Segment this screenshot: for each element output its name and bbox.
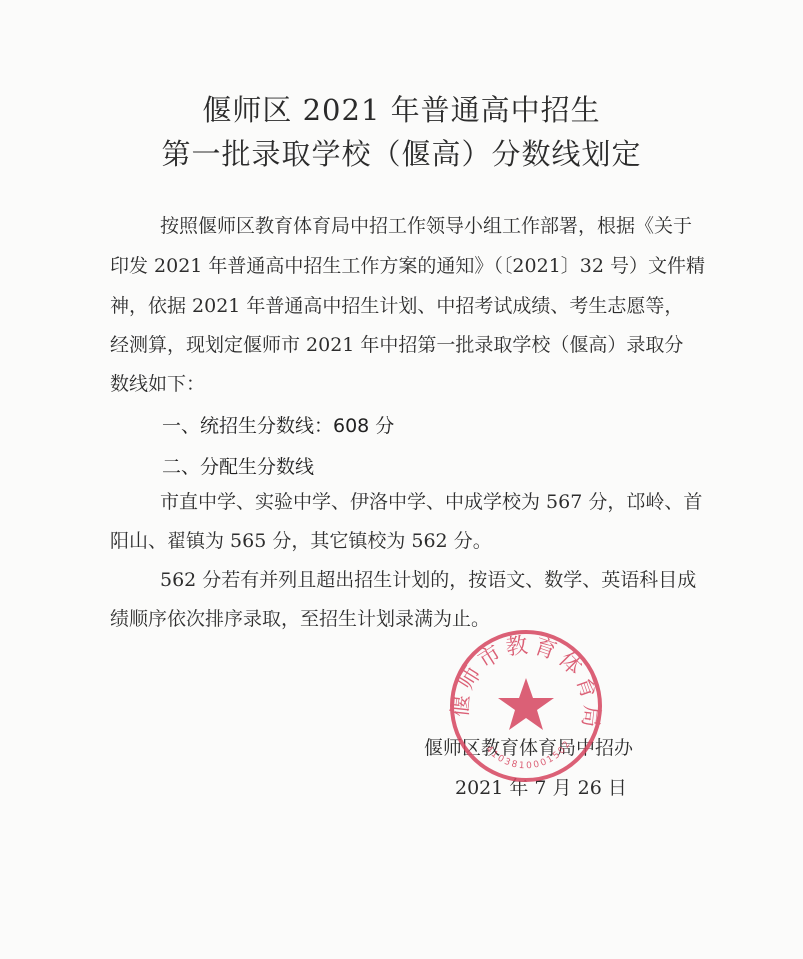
star-icon [498,678,554,730]
intro-line-2: 印发 2021 年普通高中招生工作方案的通知》（〔2021〕32 号）文件精 [110,254,705,278]
tie-rule-line-2: 绩顺序依次排序录取，至招生计划录满为止。 [110,607,490,631]
seal-code: 4103810001502 [483,738,573,771]
svg-text:4103810001502: 4103810001502 [483,738,573,771]
intro-line-5: 数线如下： [110,372,205,396]
intro-line-1: 按照偃师区教育体育局中招工作领导小组工作部署，根据《关于 [160,214,692,238]
document-title-line-2: 第一批录取学校（偃高）分数线划定 [0,132,803,173]
section-2-line-1: 市直中学、实验中学、伊洛中学、中成学校为 567 分，邙岭、首 [160,490,702,514]
document-title-line-1: 偃师区 2021 年普通高中招生 [0,88,803,129]
section-2-line-2: 阳山、翟镇为 565 分，其它镇校为 562 分。 [110,529,492,553]
section-1-heading: 一、统招生分数线：608 分 [162,411,394,438]
official-seal-stamp: 偃师市教育体育局 4103810001502 [446,626,606,786]
tie-rule-line-1: 562 分若有并列且超出招生计划的，按语文、数学、英语科目成 [160,568,696,592]
intro-line-4: 经测算，现划定偃师市 2021 年中招第一批录取学校（偃高）录取分 [110,333,683,357]
intro-line-3: 神，依据 2021 年普通高中招生计划、中招考试成绩、考生志愿等， [110,294,683,318]
document-page: 偃师区 2021 年普通高中招生 第一批录取学校（偃高）分数线划定 按照偃师区教… [0,0,803,959]
section-2-heading: 二、分配生分数线 [162,452,314,479]
